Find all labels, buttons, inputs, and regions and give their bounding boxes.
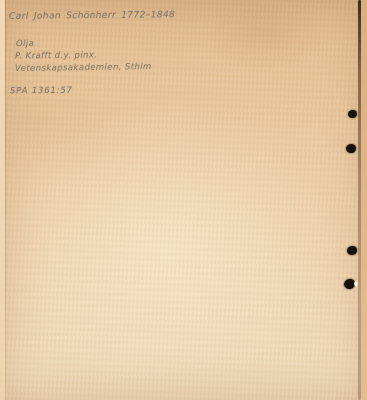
- archive-number-handwriting: SPA 1361:57: [10, 86, 73, 97]
- punch-hole: [345, 143, 356, 153]
- location-handwriting: Vetenskapsakademien, Sthlm: [15, 62, 152, 74]
- paper-left-crease: [5, 0, 6, 400]
- medium-handwriting: Olja: [16, 39, 34, 49]
- paper-right-crease: [358, 0, 361, 400]
- punch-hole: [348, 110, 357, 118]
- punch-hole: [344, 278, 356, 289]
- title-handwriting: Carl Johan Schönherr 1772–1848: [9, 10, 175, 22]
- archive-card: Carl Johan Schönherr 1772–1848 Olja P. K…: [0, 0, 367, 400]
- punch-hole: [347, 246, 357, 255]
- paper-right-edge: [361, 0, 367, 400]
- artist-handwriting: P. Krafft d.y. pinx.: [15, 50, 98, 61]
